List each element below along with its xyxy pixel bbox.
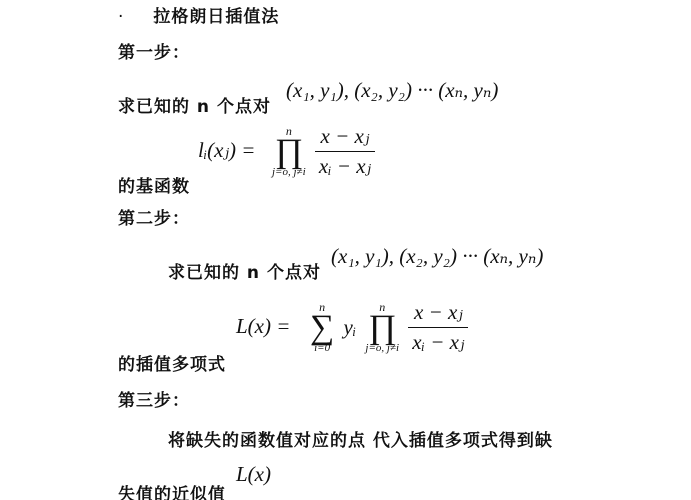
title-text: 拉格朗日插值法 <box>153 7 279 27</box>
step1-heading: 第一步： <box>118 38 190 63</box>
step1-basis-label: 的基函数 <box>118 172 190 197</box>
step1-basis-lhs: lᵢ(xⱼ) = <box>198 138 255 163</box>
step2-intro: 求已知的 n 个点对 <box>168 258 321 283</box>
basis-fraction: x − xⱼ xᵢ − xⱼ <box>315 124 375 179</box>
section-title: · 拉格朗日插值法 <box>118 2 279 27</box>
product-operator: n ∏ j=o, j≠i <box>272 125 306 178</box>
poly-fraction: x − xⱼ xᵢ − xⱼ <box>408 300 468 355</box>
step2-points: (x₁, y₁), (x₂, y₂) ··· (xₙ, yₙ) <box>331 244 543 269</box>
step1-points: (x₁, y₁), (x₂, y₂) ··· (xₙ, yₙ) <box>286 78 498 103</box>
bullet: · <box>118 7 124 27</box>
product-operator: n ∏ j=o, j≠i <box>365 301 399 354</box>
step2-heading: 第二步： <box>118 204 190 229</box>
sum-operator: n ∑ i=0 <box>310 301 334 354</box>
step3-line1: 将缺失的函数值对应的点 代入插值多项式得到缺 <box>168 426 553 451</box>
y-term: yᵢ <box>344 315 357 339</box>
step3-line2: 失值的近似值 <box>118 480 226 500</box>
step2-poly-formula: n ∑ i=0 yᵢ n ∏ j=o, j≠i x − xⱼ xᵢ − xⱼ <box>306 300 468 355</box>
step1-intro: 求已知的 n 个点对 <box>118 92 271 117</box>
step3-heading: 第三步： <box>118 386 190 411</box>
step2-poly-label: 的插值多项式 <box>118 350 226 375</box>
step2-poly-lhs: L(x) = <box>236 314 290 339</box>
step1-basis-formula: n ∏ j=o, j≠i x − xⱼ xᵢ − xⱼ <box>268 124 375 179</box>
step3-result: L(x) <box>236 462 271 487</box>
